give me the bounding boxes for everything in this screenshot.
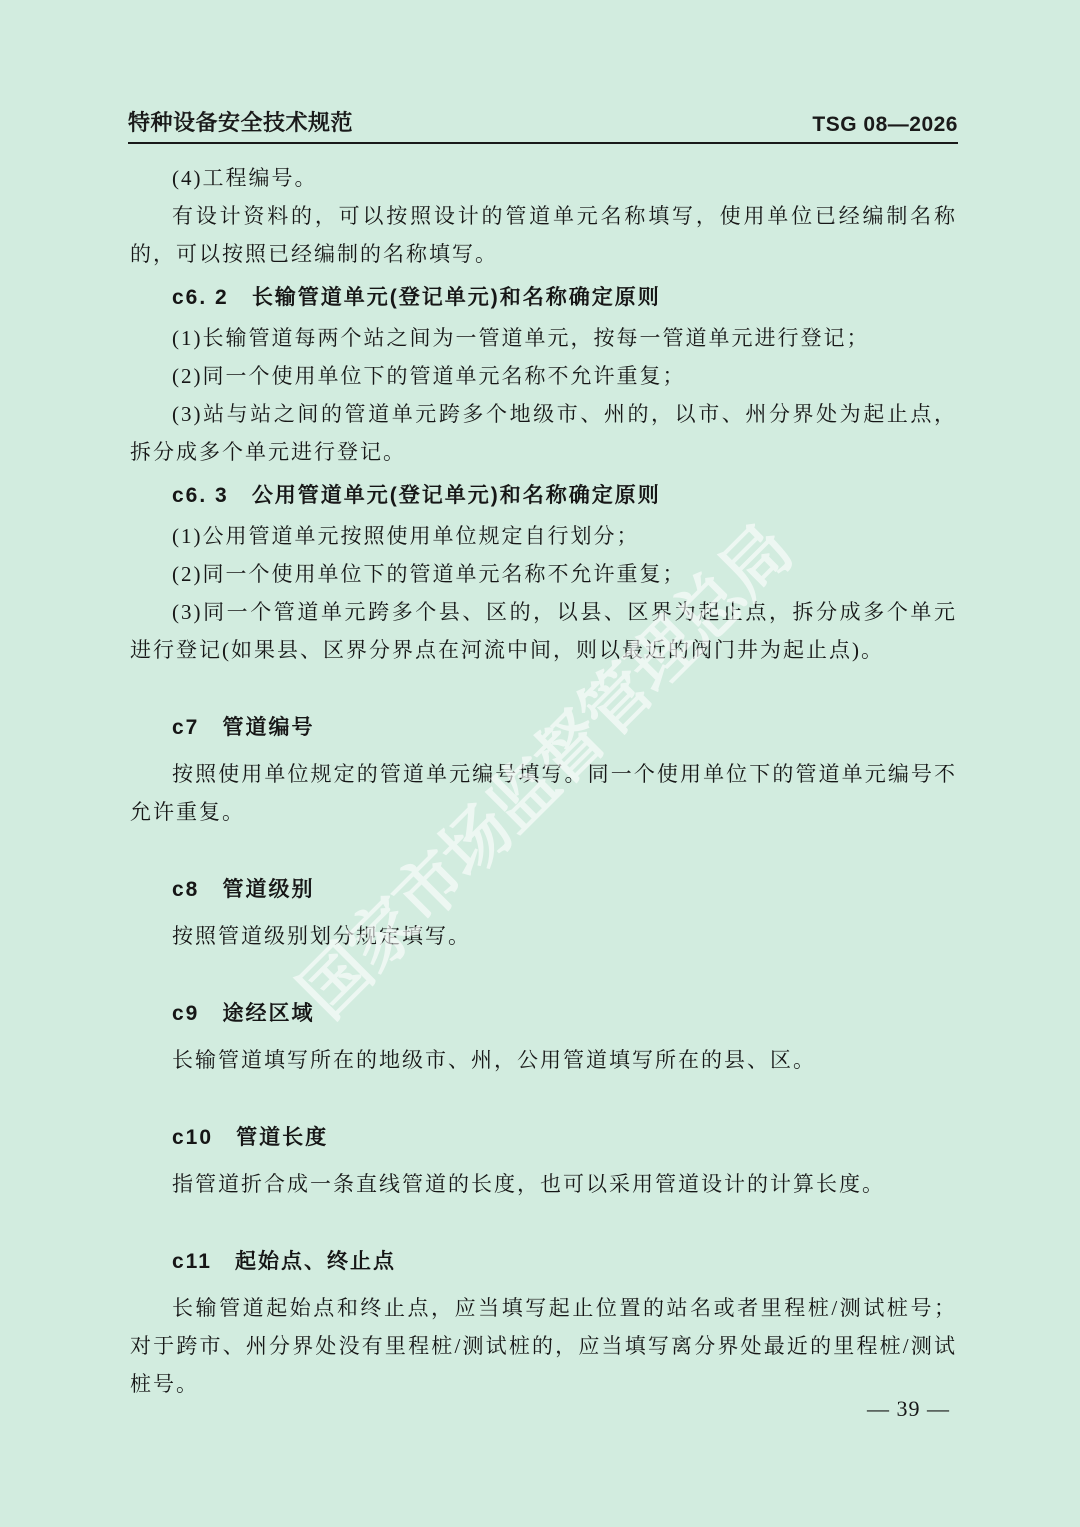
- page-number: — 39 —: [867, 1396, 950, 1422]
- body-paragraph: (2)同一个使用单位下的管道单元名称不允许重复；: [130, 357, 957, 395]
- section-number: c9: [172, 1002, 199, 1025]
- section-heading: c10管道长度: [130, 1119, 957, 1157]
- section-title: 途经区域: [222, 1002, 314, 1025]
- section-title: 起始点、终止点: [235, 1250, 396, 1273]
- body-paragraph: (4)工程编号。: [130, 159, 957, 197]
- body-paragraph: 长输管道起始点和终止点，应当填写起止位置的站名或者里程桩/测试桩号；对于跨市、州…: [130, 1289, 957, 1403]
- body-paragraph: 按照管道级别划分规定填写。: [130, 917, 957, 955]
- section-title: 管道编号: [222, 716, 314, 739]
- section-number: c6. 3: [172, 484, 229, 507]
- body-paragraph: (3)同一个管道单元跨多个县、区的，以县、区界为起止点，拆分成多个单元进行登记(…: [130, 593, 957, 669]
- page-header: 特种设备安全技术规范 TSG 08—2026: [128, 106, 958, 144]
- section-title: 公用管道单元(登记单元)和名称确定原则: [252, 484, 661, 507]
- section-heading: c9途经区域: [130, 995, 957, 1033]
- header-doc-title: 特种设备安全技术规范: [128, 106, 353, 137]
- section-heading: c6. 3公用管道单元(登记单元)和名称确定原则: [130, 477, 957, 515]
- body-paragraph: 长输管道填写所在的地级市、州，公用管道填写所在的县、区。: [130, 1041, 957, 1079]
- body-paragraph: 指管道折合成一条直线管道的长度，也可以采用管道设计的计算长度。: [130, 1165, 957, 1203]
- section-number: c7: [172, 716, 199, 739]
- section-title: 管道长度: [236, 1126, 328, 1149]
- section-title: 管道级别: [222, 878, 314, 901]
- body-paragraph: (1)公用管道单元按照使用单位规定自行划分；: [130, 517, 957, 555]
- section-number: c8: [172, 878, 199, 901]
- body-paragraph: 按照使用单位规定的管道单元编号填写。同一个使用单位下的管道单元编号不允许重复。: [130, 755, 957, 831]
- section-title: 长输管道单元(登记单元)和名称确定原则: [252, 286, 661, 309]
- body-paragraph: 有设计资料的，可以按照设计的管道单元名称填写，使用单位已经编制名称的，可以按照已…: [130, 197, 957, 273]
- section-heading: c6. 2长输管道单元(登记单元)和名称确定原则: [130, 279, 957, 317]
- section-heading: c8管道级别: [130, 871, 957, 909]
- section-number: c10: [172, 1126, 213, 1149]
- section-heading: c11起始点、终止点: [130, 1243, 957, 1281]
- section-number: c6. 2: [172, 286, 229, 309]
- body-paragraph: (3)站与站之间的管道单元跨多个地级市、州的，以市、州分界处为起止点，拆分成多个…: [130, 395, 957, 471]
- section-number: c11: [172, 1250, 212, 1273]
- section-heading: c7管道编号: [130, 709, 957, 747]
- header-doc-code: TSG 08—2026: [812, 113, 958, 137]
- document-body: (4)工程编号。有设计资料的，可以按照设计的管道单元名称填写，使用单位已经编制名…: [130, 159, 957, 1403]
- body-paragraph: (1)长输管道每两个站之间为一管道单元，按每一管道单元进行登记；: [130, 319, 957, 357]
- body-paragraph: (2)同一个使用单位下的管道单元名称不允许重复；: [130, 555, 957, 593]
- document-page: 特种设备安全技术规范 TSG 08—2026 (4)工程编号。有设计资料的，可以…: [0, 0, 1080, 1527]
